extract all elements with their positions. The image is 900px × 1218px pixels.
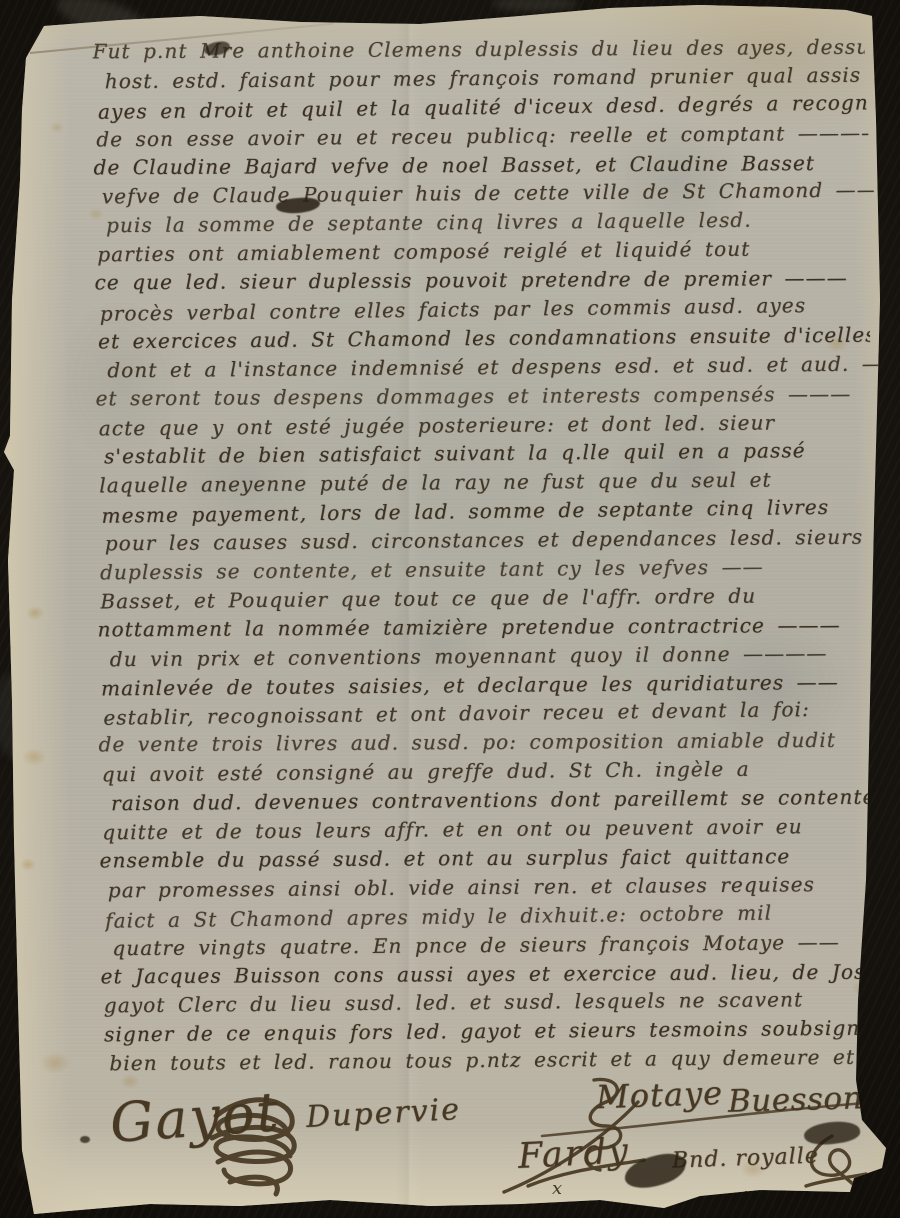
- photo-background: Fut p.nt Mre anthoine Clemens duplessis …: [0, 0, 900, 1218]
- ink-blot: [80, 1136, 90, 1143]
- fox-stain: [20, 858, 36, 871]
- paper-sheet: Fut p.nt Mre anthoine Clemens duplessis …: [0, 0, 900, 1218]
- signature-dupervie: Dupervie: [305, 1092, 462, 1135]
- gayot-paraph-knot-icon: [196, 1086, 312, 1200]
- fox-stain: [40, 1052, 70, 1074]
- cross-mark: x: [552, 1178, 562, 1199]
- manuscript-line: bien touts et led. ranou tous p.ntz escr…: [109, 1043, 881, 1079]
- signature-fardy: Fardy: [517, 1131, 631, 1177]
- fox-stain: [22, 748, 46, 766]
- background-streak: [492, 0, 578, 12]
- fox-stain: [26, 606, 44, 620]
- manuscript-text: Fut p.nt Mre anthoine Clemens duplessis …: [95, 32, 876, 1089]
- fox-stain: [50, 122, 64, 133]
- cross-mark: x: [744, 1184, 754, 1205]
